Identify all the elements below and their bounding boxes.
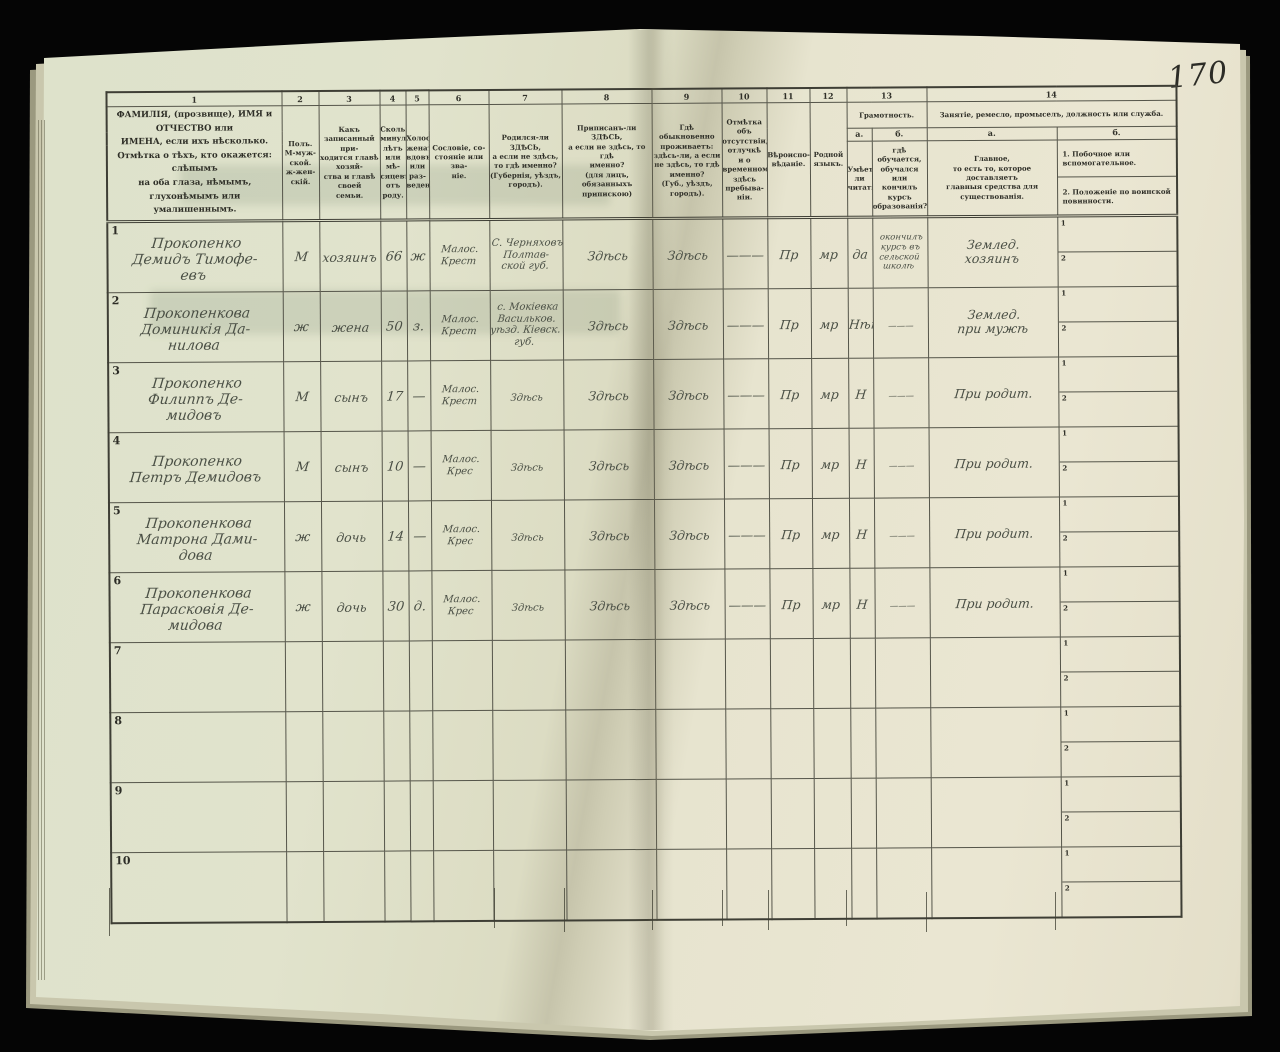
- half-row-label: 1: [1064, 778, 1069, 787]
- cell-name: 10: [111, 851, 286, 923]
- half-row-label: 1: [1061, 218, 1066, 227]
- table-row: 812: [110, 706, 1180, 783]
- literacy-b-head: б.: [872, 128, 927, 141]
- occupation-a-label: Главное, то есть то, которое доставляетъ…: [927, 140, 1057, 217]
- occupation-b2-label: 2. Положеніе по воинской повинности.: [1058, 177, 1177, 214]
- cell-estate: Малос. Крест: [430, 360, 490, 430]
- column-header-residence: Гдѣ обыкновенно проживаетъ: здѣсь-ли, а …: [652, 103, 723, 218]
- literacy-a-head: а.: [847, 128, 872, 141]
- cell-name: 8: [110, 711, 285, 782]
- cell-occupation-side: 12: [1059, 566, 1179, 637]
- table-line-tail: [926, 892, 927, 932]
- occupation-side-half: 1: [1060, 636, 1179, 672]
- cell-language: мр: [810, 217, 847, 288]
- cell-absence-text: ———: [726, 388, 765, 403]
- occupation-side-half: 2: [1061, 741, 1180, 776]
- cell-occupation-side: 12: [1057, 215, 1177, 287]
- cell-occupation: [931, 777, 1061, 848]
- occupation-side-halves: 12: [1059, 426, 1178, 496]
- cell-religion: Пр: [768, 288, 811, 358]
- cell-registration: [565, 639, 655, 710]
- column-number: 4: [379, 90, 405, 105]
- cell-religion-text: Пр: [779, 318, 799, 332]
- cell-religion: Пр: [767, 217, 810, 288]
- occupation-side-halves: 12: [1061, 776, 1180, 846]
- cell-birthplace: [492, 710, 565, 780]
- cell-residence: Здѣсь: [652, 218, 722, 289]
- cell-estate-text: Малос. Крес: [442, 594, 482, 617]
- cell-absence: [725, 638, 770, 708]
- cell-estate: [432, 640, 492, 710]
- cell-relation: [322, 641, 383, 711]
- column-header-relation: Какъ записанный при- ходится главѣ хозяй…: [319, 105, 381, 220]
- cell-registration: [565, 709, 655, 780]
- cell-name: 9: [111, 781, 286, 852]
- half-row-label: 2: [1064, 673, 1069, 682]
- cell-education: ———: [874, 428, 929, 498]
- cell-occupation-text: При родит.: [954, 456, 1034, 471]
- cell-residence: Здѣсь: [653, 289, 723, 359]
- cell-education-text: ———: [888, 392, 914, 402]
- cell-language: мр: [812, 428, 849, 498]
- cell-relation-text: дочь: [336, 600, 367, 615]
- half-row-label: 2: [1063, 533, 1068, 542]
- handwritten-name: Прокопенко Филиппъ Де- мидовъ: [146, 370, 246, 425]
- cell-absence: [726, 848, 771, 919]
- cell-occupation: [930, 637, 1060, 708]
- cell-sex: М: [283, 361, 320, 431]
- cell-reads: Н: [849, 568, 874, 638]
- column-number: 11: [766, 88, 809, 103]
- occupation-side-halves: 12: [1058, 216, 1177, 286]
- cell-language-text: мр: [819, 248, 839, 262]
- cell-language-text: мр: [821, 598, 841, 612]
- cell-reads: Нѣт: [848, 288, 873, 358]
- cell-birthplace: С. Черняховъ Полтав- ской губ.: [489, 219, 562, 290]
- cell-language: мр: [812, 498, 849, 568]
- cell-estate: Малос. Крес: [431, 570, 491, 640]
- half-row-label: 1: [1065, 848, 1070, 857]
- cell-religion-text: Пр: [779, 248, 799, 262]
- cell-occupation: При родит.: [929, 497, 1059, 568]
- occupation-side-half: 1: [1060, 566, 1179, 602]
- occupation-side-half: 1: [1059, 496, 1178, 532]
- cell-religion: [771, 848, 814, 919]
- cell-age: [384, 781, 410, 851]
- cell-occupation-text: При родит.: [955, 596, 1035, 611]
- cell-reads-text: Нѣт: [848, 317, 873, 332]
- half-row-label: 1: [1061, 288, 1066, 297]
- column-number: 12: [809, 88, 846, 103]
- occupation-side-halves: 12: [1060, 636, 1179, 706]
- column-header-age: Сколько минуло лѣтъ или мѣ- сяцевъ отъ р…: [380, 105, 407, 220]
- occupation-side-half: 2: [1060, 601, 1179, 636]
- cell-age-text: 14: [386, 531, 404, 546]
- cell-language-text: мр: [820, 458, 840, 472]
- cell-absence: ———: [723, 358, 768, 428]
- occupation-side-halves: 12: [1059, 496, 1178, 566]
- cell-religion-text: Пр: [780, 388, 800, 402]
- column-number: 2: [281, 91, 318, 106]
- column-number: 13: [846, 87, 926, 102]
- table-line-tail: [564, 888, 565, 932]
- cell-occupation: При родит.: [929, 567, 1059, 638]
- cell-sex: [286, 851, 323, 922]
- occupation-side-half: 2: [1059, 391, 1178, 426]
- cell-sex: М: [282, 220, 319, 291]
- cell-absence-text: ———: [726, 318, 765, 333]
- cell-absence: ———: [724, 568, 769, 638]
- cell-occupation: [930, 707, 1060, 778]
- cell-religion: Пр: [769, 498, 812, 568]
- cell-occupation: Землед. хозяинъ: [927, 216, 1057, 288]
- cell-relation: [323, 781, 384, 851]
- column-header-name: ФАМИЛІЯ, (прозвище), ИМЯ и ОТЧЕСТВО или …: [107, 106, 283, 222]
- half-row-label: 2: [1064, 743, 1069, 752]
- cell-education: ———: [873, 358, 928, 428]
- cell-registration-text: Здѣсь: [587, 389, 629, 404]
- occupation-side-half: 1: [1061, 706, 1180, 742]
- column-number: 7: [488, 90, 561, 105]
- cell-age-text: 17: [385, 391, 403, 406]
- cell-education-text: окончилъ курсъ въ сельской школѣ: [877, 233, 924, 272]
- cell-marital-text: —: [412, 391, 426, 406]
- cell-birthplace: Здѣсь: [491, 570, 564, 640]
- cell-education: [876, 778, 931, 848]
- occupation-side-half: 2: [1058, 321, 1177, 356]
- cell-registration: Здѣсь: [564, 499, 654, 570]
- table-row: 2Прокопенкова Доминикія Да- ниловажжена5…: [108, 286, 1178, 363]
- cell-sex: М: [284, 431, 321, 501]
- column-number: 14: [926, 86, 1176, 102]
- cell-marital-text: з.: [412, 321, 425, 336]
- cell-relation: дочь: [321, 571, 382, 641]
- cell-age: 17: [381, 361, 407, 431]
- cell-marital: ж: [406, 220, 429, 291]
- cell-occupation-side: 12: [1061, 776, 1181, 847]
- cell-reads-text: Н: [855, 457, 867, 471]
- census-table: 1 2 3 4 5 6 7 8 9 10 11 12 13 14 ФАМИЛІЯ…: [105, 85, 1184, 924]
- cell-relation-text: сынъ: [334, 460, 369, 475]
- cell-estate: Малос. Крес: [431, 500, 491, 570]
- cell-age: 50: [381, 291, 407, 361]
- cell-religion: [770, 638, 813, 708]
- cell-residence-text: Здѣсь: [668, 528, 710, 543]
- cell-absence-text: ———: [727, 458, 766, 473]
- cell-absence: [725, 708, 770, 778]
- occupation-side-half: 1: [1059, 426, 1178, 462]
- cell-religion-text: Пр: [780, 458, 800, 472]
- cell-language: [814, 778, 851, 848]
- cell-absence: ———: [722, 217, 767, 288]
- row-number: 2: [112, 294, 120, 307]
- cell-absence-text: ———: [727, 528, 766, 543]
- census-table-grid: 1 2 3 4 5 6 7 8 9 10 11 12 13 14 ФАМИЛІЯ…: [105, 85, 1182, 924]
- cell-age: [383, 711, 409, 781]
- cell-religion-text: Пр: [781, 528, 801, 542]
- handwritten-name: [198, 676, 199, 682]
- cell-estate-text: Малос. Крест: [440, 314, 480, 337]
- table-header: 1 2 3 4 5 6 7 8 9 10 11 12 13 14 ФАМИЛІЯ…: [106, 86, 1177, 222]
- cell-birthplace: с. Мокіевка Васильков. уѣзд. Кіевск. губ…: [490, 290, 563, 360]
- cell-absence: [726, 778, 771, 848]
- table-line-tail: [768, 890, 769, 930]
- cell-marital-text: —: [412, 531, 426, 546]
- cell-religion: Пр: [768, 358, 811, 428]
- cell-estate: [433, 780, 493, 850]
- cell-religion: [770, 708, 813, 778]
- cell-residence: [655, 639, 725, 709]
- literacy-b-label: гдѣ обучается, обучался или кончилъ курс…: [872, 141, 927, 217]
- cell-marital: —: [408, 431, 431, 501]
- cell-birthplace-text: Здѣсь: [510, 462, 544, 474]
- occupation-side-half: 1: [1058, 286, 1177, 322]
- cell-reads: [850, 708, 875, 778]
- table-row: 6Прокопенкова Парасковія Де- мидоваждочь…: [109, 566, 1179, 643]
- table-row: 912: [111, 776, 1181, 853]
- cell-residence: [655, 709, 725, 779]
- table-row: 5Прокопенкова Матрона Дами- доваждочь14—…: [109, 496, 1179, 573]
- cell-occupation-side: 12: [1060, 636, 1180, 707]
- table-row: 1Прокопенко Демидъ Тимофе- евъМхозяинъ66…: [107, 215, 1177, 293]
- handwritten-name: Прокопенкова Парасковія Де- мидова: [138, 579, 257, 634]
- cell-relation-text: сынъ: [333, 390, 368, 405]
- column-header-estate: Сословіе, со- стояніе или зва- ніе.: [429, 104, 490, 219]
- cell-reads: Н: [848, 358, 873, 428]
- column-header-language: Родной языкъ.: [810, 102, 848, 217]
- cell-age: 30: [382, 571, 408, 641]
- cell-occupation: [931, 847, 1061, 918]
- cell-relation-text: дочь: [336, 530, 367, 545]
- occupation-side-halves: 12: [1062, 846, 1181, 916]
- cell-age: [383, 641, 409, 711]
- column-header-occupation: Занятіе, ремесло, промыселъ, должность и…: [927, 100, 1177, 127]
- cell-birthplace: Здѣсь: [491, 430, 564, 500]
- cell-age: 14: [382, 501, 408, 571]
- cell-relation: хозяинъ: [319, 220, 380, 291]
- cell-education-text: ———: [889, 602, 915, 612]
- cell-absence-text: ———: [726, 248, 765, 263]
- row-number: 4: [113, 434, 121, 447]
- cell-registration: Здѣсь: [564, 569, 654, 640]
- row-number: 8: [114, 714, 122, 727]
- half-row-label: 2: [1064, 813, 1069, 822]
- photographed-census-page: 170 1 2 3 4 5 6 7 8: [0, 0, 1280, 1052]
- cell-language: мр: [812, 568, 849, 638]
- cell-marital: —: [407, 361, 430, 431]
- cell-language: [813, 708, 850, 778]
- table-row: 3Прокопенко Филиппъ Де- мидовъМсынъ17—Ма…: [108, 356, 1178, 433]
- cell-name: 3Прокопенко Филиппъ Де- мидовъ: [108, 361, 283, 432]
- cell-marital-text: —: [412, 461, 426, 476]
- cell-relation: жена: [320, 291, 381, 361]
- cell-language: мр: [811, 358, 848, 428]
- cell-reads: [851, 848, 876, 919]
- occupation-side-half: 1: [1058, 216, 1177, 252]
- cell-registration: [566, 779, 656, 850]
- cell-marital: [410, 781, 433, 851]
- cell-language-text: мр: [821, 528, 841, 542]
- cell-age: [384, 851, 410, 922]
- cell-residence-text: Здѣсь: [667, 318, 709, 333]
- cell-absence-text: ———: [728, 598, 767, 613]
- cell-birthplace: [492, 640, 565, 710]
- cell-registration-text: Здѣсь: [588, 459, 630, 474]
- cell-language: мр: [811, 288, 848, 358]
- row-number: 6: [113, 574, 121, 587]
- handwritten-name: Прокопенкова Доминикія Да- нилова: [138, 299, 253, 354]
- cell-relation: дочь: [321, 501, 382, 571]
- table-row: 4Прокопенко Петръ ДемидовъМсынъ10—Малос.…: [109, 426, 1179, 503]
- cell-sex: ж: [284, 501, 321, 571]
- half-row-label: 2: [1062, 393, 1067, 402]
- occupation-side-halves: 12: [1059, 356, 1178, 426]
- half-row-label: 1: [1064, 708, 1069, 717]
- cell-registration: Здѣсь: [564, 429, 654, 500]
- occupation-b1-label: 1. Побочное или вспомогательное.: [1057, 140, 1176, 178]
- occupation-side-half: 2: [1061, 671, 1180, 706]
- cell-language-text: мр: [820, 388, 840, 402]
- cell-name: 7: [110, 641, 285, 712]
- cell-registration-text: Здѣсь: [589, 599, 631, 614]
- half-row-label: 2: [1061, 253, 1066, 262]
- cell-age-text: 10: [386, 461, 404, 476]
- cell-residence: Здѣсь: [653, 359, 723, 429]
- half-row-label: 2: [1061, 323, 1066, 332]
- cell-education-text: ———: [887, 322, 913, 332]
- cell-relation: сынъ: [320, 361, 381, 431]
- cell-birthplace-text: Здѣсь: [510, 392, 544, 404]
- cell-absence: ———: [724, 498, 769, 568]
- cell-education-text: ———: [888, 532, 914, 542]
- cell-occupation-text: При родит.: [954, 526, 1034, 541]
- cell-estate: [432, 710, 492, 780]
- cell-birthplace-text: Здѣсь: [511, 532, 545, 544]
- column-number: 10: [721, 88, 766, 103]
- cell-reads-text: Н: [856, 527, 868, 541]
- cell-occupation-side: 12: [1060, 706, 1180, 777]
- occupation-side-half: 2: [1060, 531, 1179, 566]
- column-number: 5: [405, 90, 428, 105]
- cell-education: ———: [874, 498, 929, 568]
- table-line-tail: [846, 890, 847, 926]
- cell-occupation-side: 12: [1058, 286, 1178, 357]
- column-header-sex: Полъ. М-муж- ской. ж-жен- скій.: [282, 105, 320, 220]
- cell-estate: Малос. Крест: [430, 290, 490, 360]
- cell-reads: [851, 778, 876, 848]
- cell-marital: —: [408, 501, 431, 571]
- cell-occupation-side: 12: [1058, 356, 1178, 427]
- cell-sex-text: ж: [295, 601, 311, 616]
- cell-sex: [286, 781, 323, 851]
- handwritten-name: Прокопенкова Матрона Дами- дова: [134, 509, 260, 564]
- column-number: 6: [428, 90, 488, 105]
- occupation-side-half: 2: [1061, 811, 1180, 846]
- occupation-side-halves: 12: [1060, 566, 1179, 636]
- row-number: 10: [115, 854, 130, 867]
- row-number: 7: [114, 644, 122, 657]
- cell-marital: [409, 711, 432, 781]
- cell-estate-text: Малос. Крес: [441, 454, 481, 477]
- cell-relation: сынъ: [321, 431, 382, 501]
- cell-name: 4Прокопенко Петръ Демидовъ: [109, 431, 284, 502]
- cell-registration: Здѣсь: [563, 359, 653, 430]
- cell-age: 10: [382, 431, 408, 501]
- cell-estate-text: Малос. Крест: [440, 244, 480, 267]
- column-header-birthplace: Родился-ли ЗДѢСЬ, а если не здѣсь, то гд…: [489, 104, 563, 219]
- cell-marital-text: ж: [410, 251, 426, 266]
- cell-education-text: ———: [888, 462, 914, 472]
- cell-estate: Малос. Крес: [431, 430, 491, 500]
- cell-relation: [323, 851, 384, 922]
- handwritten-name: [198, 816, 199, 822]
- cell-registration-text: Здѣсь: [586, 249, 628, 264]
- occupation-b-head: б.: [1057, 126, 1177, 140]
- cell-birthplace-text: С. Черняховъ Полтав- ской губ.: [489, 237, 562, 272]
- cell-occupation-side: 12: [1061, 846, 1181, 917]
- table-line-tail: [494, 888, 495, 928]
- cell-residence-text: Здѣсь: [668, 458, 710, 473]
- column-header-registration: Приписанъ-ли ЗДѢСЬ, а если не здѣсь, то …: [562, 103, 653, 218]
- occupation-side-halves: 12: [1061, 706, 1180, 776]
- column-header-marital: Холостъ, женатъ, вдовъ или раз- веденъ.: [406, 105, 430, 220]
- cell-birthplace: Здѣсь: [491, 500, 564, 570]
- cell-absence: ———: [724, 428, 769, 498]
- table-row: 712: [110, 636, 1180, 713]
- row-number: 9: [115, 784, 123, 797]
- cell-reads: Н: [849, 498, 874, 568]
- table-line-tail: [722, 890, 723, 926]
- cell-occupation-side: 12: [1059, 426, 1179, 497]
- row-number: 5: [113, 504, 121, 517]
- cell-relation-text: жена: [331, 320, 370, 335]
- cell-marital: [410, 851, 433, 922]
- column-number: 3: [318, 91, 379, 106]
- column-number: 8: [561, 89, 651, 104]
- cell-occupation: При родит.: [929, 427, 1059, 498]
- handwritten-name: [199, 886, 200, 892]
- cell-residence-text: Здѣсь: [666, 248, 708, 263]
- cell-residence: Здѣсь: [654, 429, 724, 499]
- occupation-side-half: 1: [1059, 356, 1178, 392]
- cell-residence: Здѣсь: [654, 499, 724, 569]
- column-header-absence: Отмѣтка объ отсутствіи, отлучкѣ и о врем…: [722, 103, 768, 218]
- cell-occupation-side: 12: [1059, 496, 1179, 567]
- cell-religion-text: Пр: [781, 598, 801, 612]
- cell-residence: [656, 779, 726, 849]
- cell-occupation-text: При родит.: [953, 386, 1033, 401]
- cell-birthplace-text: Здѣсь: [511, 602, 545, 614]
- cell-relation-text: хозяинъ: [322, 250, 378, 265]
- occupation-side-halves: 12: [1058, 286, 1177, 356]
- cell-education: [875, 638, 930, 708]
- cell-marital: д.: [408, 571, 431, 641]
- cell-education: ———: [874, 568, 929, 638]
- occupation-side-half: 2: [1059, 461, 1178, 496]
- column-header-religion: Вѣроиспо- вѣданіе.: [767, 102, 811, 217]
- cell-estate-text: Малос. Крест: [441, 384, 481, 407]
- cell-registration: Здѣсь: [562, 218, 652, 290]
- cell-residence-text: Здѣсь: [669, 598, 711, 613]
- cell-sex-text: ж: [295, 531, 311, 546]
- cell-language-text: мр: [820, 318, 840, 332]
- cell-marital: з.: [407, 291, 430, 361]
- table-line-tail: [1055, 892, 1056, 930]
- handwritten-name: [198, 746, 199, 752]
- cell-language: [813, 638, 850, 708]
- handwritten-name: Прокопенко Демидъ Тимофе- евъ: [130, 229, 261, 284]
- occupation-side-half: 2: [1058, 251, 1177, 286]
